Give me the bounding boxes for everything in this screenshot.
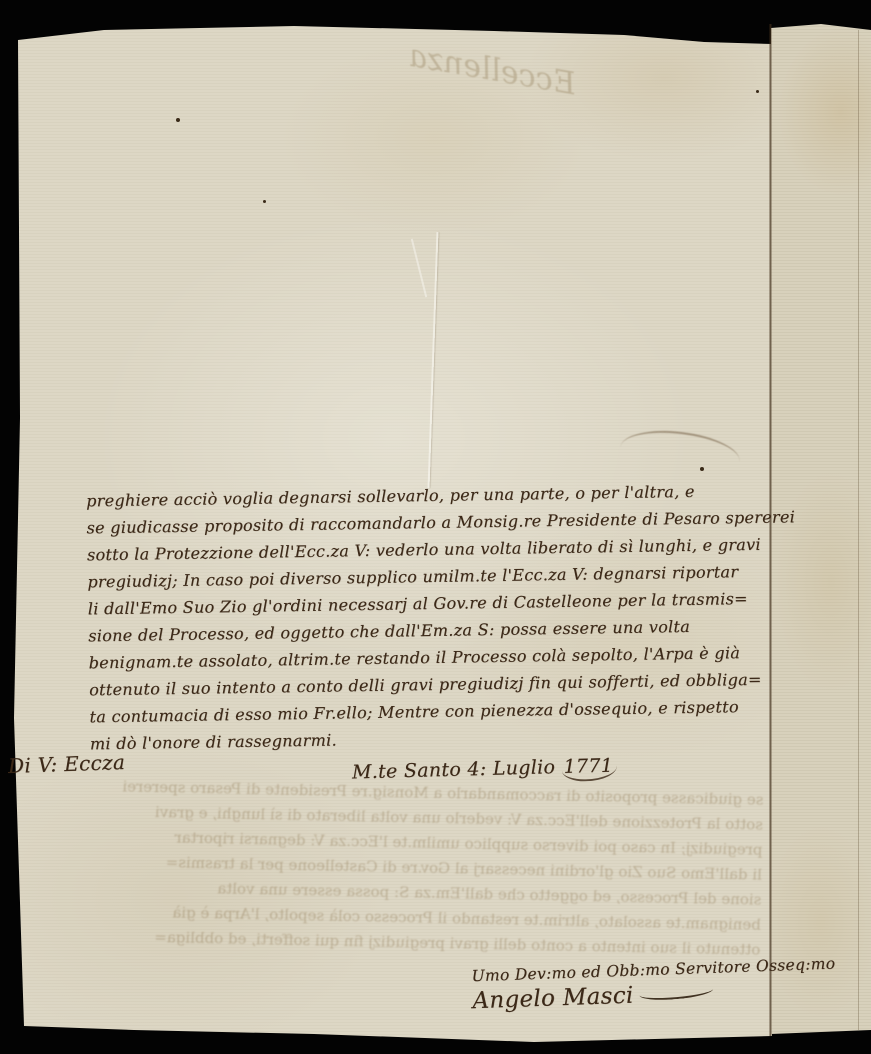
dateline-day: 4: xyxy=(467,758,487,780)
signature-flourish xyxy=(639,982,714,1002)
scanned-letter-page: Eccellenza preghiere acciò voglia degnar… xyxy=(0,0,871,1054)
dateline-year: 1771 xyxy=(561,755,617,782)
ink-speck xyxy=(700,467,704,471)
paper-sheet-right-strip xyxy=(771,22,871,1038)
dateline-month: Luglio xyxy=(493,756,556,780)
right-sheet-edge xyxy=(858,30,859,1030)
ink-speck xyxy=(176,118,180,122)
letter-body: preghiere acciò voglia degnarsi sollevar… xyxy=(86,477,778,758)
ink-speck xyxy=(756,90,759,93)
ink-speck xyxy=(263,200,266,203)
bleedthrough-paragraph: se giudicasse proposito di raccomandarlo… xyxy=(20,772,764,962)
